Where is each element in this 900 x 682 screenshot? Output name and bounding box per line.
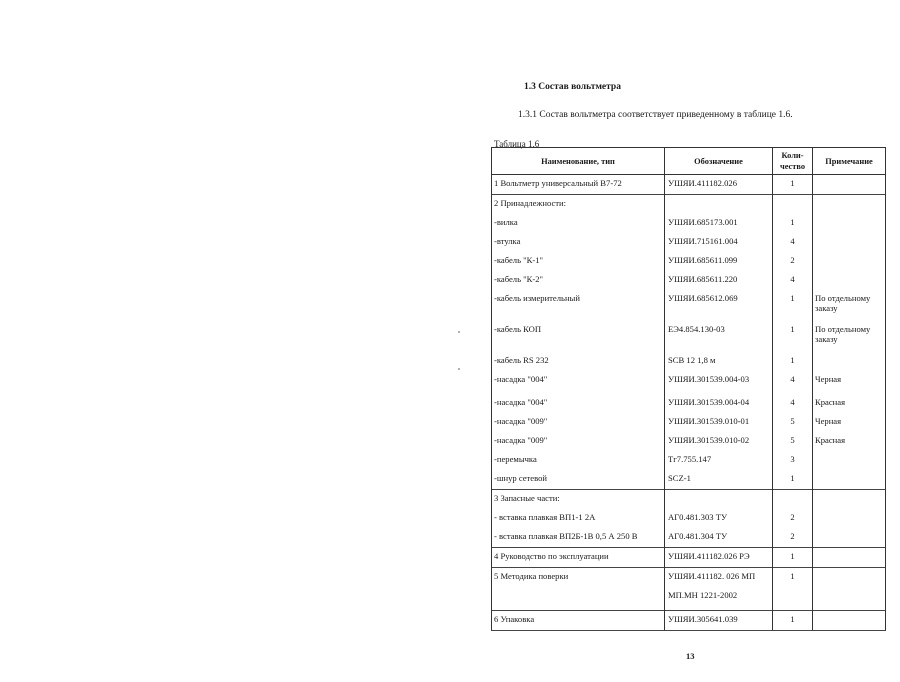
- cell-qty: 1: [773, 548, 813, 568]
- cell-name: -втулка: [492, 233, 665, 252]
- cell-name: -кабель КОП: [492, 321, 665, 352]
- cell-qty: 1: [773, 290, 813, 321]
- cell-code: SCZ-1: [665, 470, 773, 490]
- cell-code: [665, 195, 773, 215]
- cell-name: -насадка "004": [492, 371, 665, 394]
- cell-qty: 2: [773, 528, 813, 548]
- cell-name: -насадка "009": [492, 432, 665, 451]
- header-qty: Коли- чество: [773, 148, 813, 175]
- cell-note: [813, 587, 886, 611]
- cell-code: МП.МН 1221-2002: [665, 587, 773, 611]
- cell-name: -кабель измерительный: [492, 290, 665, 321]
- cell-note: Красная: [813, 432, 886, 451]
- table-row: -шнур сетевойSCZ-11: [492, 470, 886, 490]
- cell-note: [813, 509, 886, 528]
- cell-code: УШЯИ.411182.026: [665, 175, 773, 195]
- header-qty-line1: Коли-: [781, 151, 803, 160]
- cell-note: [813, 490, 886, 510]
- cell-code: SCB 12 1,8 м: [665, 352, 773, 371]
- cell-name: -насадка "004": [492, 394, 665, 413]
- cell-code: [665, 490, 773, 510]
- table-row: -насадка "004"УШЯИ.301539.004-034Черная: [492, 371, 886, 394]
- table-header-row: Наименование, тип Обозначение Коли- чест…: [492, 148, 886, 175]
- cell-code: УШЯИ.301539.010-02: [665, 432, 773, 451]
- cell-name: [492, 587, 665, 611]
- cell-note: [813, 195, 886, 215]
- table-row: -кабель RS 232SCB 12 1,8 м1: [492, 352, 886, 371]
- cell-qty: 4: [773, 271, 813, 290]
- cell-qty: 1: [773, 175, 813, 195]
- table-row: -кабель КОПЕЭ4.854.130-031По отдельному …: [492, 321, 886, 352]
- cell-code: АГ0.481.304 ТУ: [665, 528, 773, 548]
- cell-note: [813, 470, 886, 490]
- composition-table: Наименование, тип Обозначение Коли- чест…: [491, 147, 886, 631]
- cell-qty: 3: [773, 451, 813, 470]
- table-row: 5 Методика поверкиУШЯИ.411182. 026 МП1: [492, 568, 886, 588]
- cell-qty: 2: [773, 252, 813, 271]
- cell-name: 5 Методика поверки: [492, 568, 665, 588]
- cell-code: УШЯИ.305641.039: [665, 611, 773, 631]
- scan-speck: [458, 331, 460, 333]
- cell-qty: 1: [773, 321, 813, 352]
- cell-code: УШЯИ.685173.001: [665, 214, 773, 233]
- table-row: -насадка "004"УШЯИ.301539.004-044Красная: [492, 394, 886, 413]
- cell-name: -перемычка: [492, 451, 665, 470]
- cell-name: -шнур сетевой: [492, 470, 665, 490]
- table-row: -втулкаУШЯИ.715161.0044: [492, 233, 886, 252]
- cell-note: [813, 252, 886, 271]
- cell-qty: 1: [773, 352, 813, 371]
- cell-name: 3 Запасные части:: [492, 490, 665, 510]
- cell-name: - вставка плавкая ВП1-1 2А: [492, 509, 665, 528]
- cell-qty: 4: [773, 233, 813, 252]
- cell-code: ЕЭ4.854.130-03: [665, 321, 773, 352]
- cell-code: АГ0.481.303 ТУ: [665, 509, 773, 528]
- table-row: -кабель измерительныйУШЯИ.685612.0691По …: [492, 290, 886, 321]
- table-row: 2 Принадлежности:: [492, 195, 886, 215]
- cell-qty: [773, 587, 813, 611]
- header-qty-line2: чество: [780, 162, 805, 171]
- scan-speck: [458, 368, 460, 370]
- cell-note: [813, 528, 886, 548]
- cell-note: [813, 233, 886, 252]
- table-row: 3 Запасные части:: [492, 490, 886, 510]
- header-code: Обозначение: [665, 148, 773, 175]
- header-note: Примечание: [813, 148, 886, 175]
- cell-note: [813, 611, 886, 631]
- cell-name: 4 Руководство по эксплуатации: [492, 548, 665, 568]
- cell-note: [813, 568, 886, 588]
- cell-note: [813, 271, 886, 290]
- cell-name: -кабель "К-1": [492, 252, 665, 271]
- cell-code: УШЯИ.301539.010-01: [665, 413, 773, 432]
- cell-qty: 1: [773, 214, 813, 233]
- cell-code: УШЯИ.411182. 026 МП: [665, 568, 773, 588]
- cell-qty: 1: [773, 568, 813, 588]
- cell-note: По отдельному заказу: [813, 321, 886, 352]
- cell-name: 1 Вольтметр универсальный В7-72: [492, 175, 665, 195]
- cell-note: Красная: [813, 394, 886, 413]
- cell-note: [813, 214, 886, 233]
- intro-paragraph: 1.3.1 Состав вольтметра соответствует пр…: [518, 110, 793, 120]
- table-row: МП.МН 1221-2002: [492, 587, 886, 611]
- cell-code: УШЯИ.715161.004: [665, 233, 773, 252]
- table-row: -насадка "009"УШЯИ.301539.010-015Черная: [492, 413, 886, 432]
- cell-qty: 1: [773, 470, 813, 490]
- cell-note: [813, 548, 886, 568]
- table-row: 4 Руководство по эксплуатацииУШЯИ.411182…: [492, 548, 886, 568]
- cell-name: - вставка плавкая ВП2Б-1В 0,5 А 250 В: [492, 528, 665, 548]
- cell-code: УШЯИ.685611.220: [665, 271, 773, 290]
- cell-qty: 4: [773, 371, 813, 394]
- table-row: -перемычка Тг7.755.1473: [492, 451, 886, 470]
- section-heading: 1.3 Состав вольтметра: [524, 82, 621, 92]
- cell-code: УШЯИ.685611.099: [665, 252, 773, 271]
- cell-note: [813, 352, 886, 371]
- cell-qty: 1: [773, 611, 813, 631]
- cell-code: УШЯИ.301539.004-03: [665, 371, 773, 394]
- cell-note: [813, 175, 886, 195]
- cell-name: -насадка "009": [492, 413, 665, 432]
- cell-qty: 5: [773, 432, 813, 451]
- table-row: 6 УпаковкаУШЯИ.305641.0391: [492, 611, 886, 631]
- table-row: -вилкаУШЯИ.685173.0011: [492, 214, 886, 233]
- cell-name: 6 Упаковка: [492, 611, 665, 631]
- header-name: Наименование, тип: [492, 148, 665, 175]
- table-row: -кабель "К-1"УШЯИ.685611.0992: [492, 252, 886, 271]
- table-row: -кабель "К-2"УШЯИ.685611.2204: [492, 271, 886, 290]
- cell-qty: [773, 490, 813, 510]
- cell-qty: 5: [773, 413, 813, 432]
- cell-code: УШЯИ.301539.004-04: [665, 394, 773, 413]
- table-row: -насадка "009"УШЯИ.301539.010-025Красная: [492, 432, 886, 451]
- cell-name: -кабель RS 232: [492, 352, 665, 371]
- cell-code: УШЯИ.411182.026 РЭ: [665, 548, 773, 568]
- cell-name: -вилка: [492, 214, 665, 233]
- cell-note: Черная: [813, 371, 886, 394]
- page-number: 13: [686, 651, 695, 661]
- cell-qty: 4: [773, 394, 813, 413]
- cell-name: 2 Принадлежности:: [492, 195, 665, 215]
- cell-note: Черная: [813, 413, 886, 432]
- cell-name: -кабель "К-2": [492, 271, 665, 290]
- table-row: - вставка плавкая ВП2Б-1В 0,5 А 250 ВАГ0…: [492, 528, 886, 548]
- cell-code: УШЯИ.685612.069: [665, 290, 773, 321]
- cell-qty: [773, 195, 813, 215]
- table-row: - вставка плавкая ВП1-1 2ААГ0.481.303 ТУ…: [492, 509, 886, 528]
- cell-code: Тг7.755.147: [665, 451, 773, 470]
- cell-note: По отдельному заказу: [813, 290, 886, 321]
- table-row: 1 Вольтметр универсальный В7-72УШЯИ.4111…: [492, 175, 886, 195]
- cell-note: [813, 451, 886, 470]
- cell-qty: 2: [773, 509, 813, 528]
